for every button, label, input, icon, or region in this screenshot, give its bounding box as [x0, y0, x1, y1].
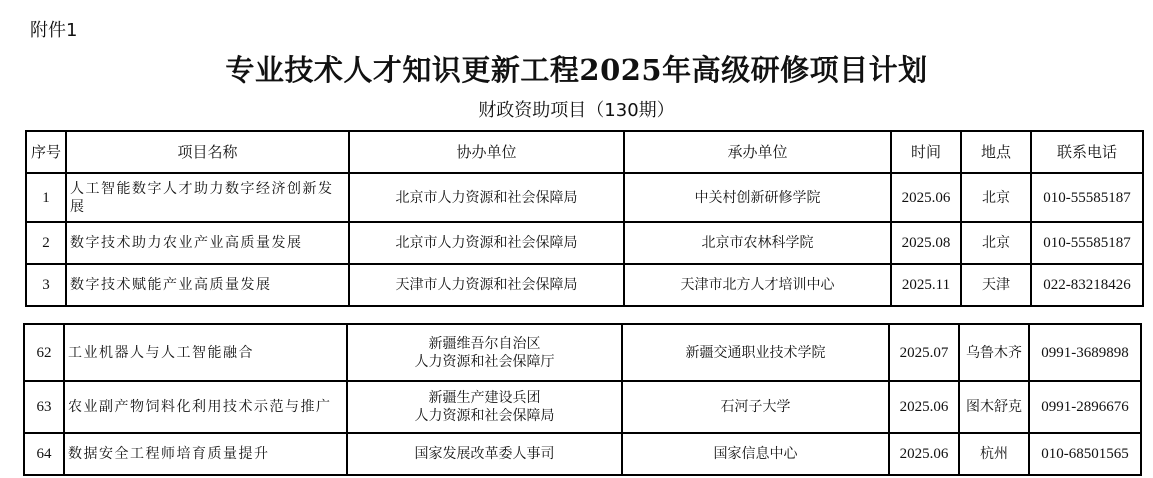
cell-host-org: 国家信息中心 — [622, 433, 889, 475]
cell-host-org: 石河子大学 — [622, 381, 889, 433]
table-row: 2 数字技术助力农业产业高质量发展 北京市人力资源和社会保障局 北京市农林科学院… — [26, 222, 1143, 264]
table-row: 1 人工智能数字人才助力数字经济创新发展 北京市人力资源和社会保障局 中关村创新… — [26, 173, 1143, 222]
header-name: 项目名称 — [66, 131, 349, 173]
cell-time: 2025.07 — [889, 324, 959, 381]
cell-time: 2025.08 — [891, 222, 961, 264]
cell-co-org: 北京市人力资源和社会保障局 — [349, 173, 624, 222]
cell-name: 工业机器人与人工智能融合 — [64, 324, 347, 381]
cell-time: 2025.06 — [891, 173, 961, 222]
co-org-line1: 新疆维吾尔自治区 — [351, 335, 618, 353]
cell-place: 杭州 — [959, 433, 1029, 475]
cell-no: 63 — [24, 381, 64, 433]
cell-phone: 010-55585187 — [1031, 173, 1143, 222]
cell-host-org: 中关村创新研修学院 — [624, 173, 891, 222]
table-row: 64 数据安全工程师培育质量提升 国家发展改革委人事司 国家信息中心 2025.… — [24, 433, 1141, 475]
table-row: 62 工业机器人与人工智能融合 新疆维吾尔自治区 人力资源和社会保障厅 新疆交通… — [24, 324, 1141, 381]
cell-phone: 0991-2896676 — [1029, 381, 1141, 433]
cell-host-org: 新疆交通职业技术学院 — [622, 324, 889, 381]
cell-no: 2 — [26, 222, 66, 264]
cell-name: 人工智能数字人才助力数字经济创新发展 — [66, 173, 349, 222]
cell-phone: 010-55585187 — [1031, 222, 1143, 264]
header-co-org: 协办单位 — [349, 131, 624, 173]
cell-co-org: 新疆生产建设兵团 人力资源和社会保障局 — [347, 381, 622, 433]
cell-name: 农业副产物饲料化利用技术示范与推广 — [64, 381, 347, 433]
cell-place: 图木舒克 — [959, 381, 1029, 433]
header-host-org: 承办单位 — [624, 131, 891, 173]
cell-no: 64 — [24, 433, 64, 475]
cell-phone: 0991-3689898 — [1029, 324, 1141, 381]
table-header-row: 序号 项目名称 协办单位 承办单位 时间 地点 联系电话 — [26, 131, 1143, 173]
co-org-line2: 人力资源和社会保障局 — [351, 407, 618, 425]
header-time: 时间 — [891, 131, 961, 173]
table-row: 63 农业副产物饲料化利用技术示范与推广 新疆生产建设兵团 人力资源和社会保障局… — [24, 381, 1141, 433]
cell-place: 北京 — [961, 222, 1031, 264]
cell-place: 北京 — [961, 173, 1031, 222]
cell-co-org: 新疆维吾尔自治区 人力资源和社会保障厅 — [347, 324, 622, 381]
cell-time: 2025.11 — [891, 264, 961, 306]
co-org-line1: 新疆生产建设兵团 — [351, 389, 618, 407]
header-no: 序号 — [26, 131, 66, 173]
cell-co-org: 国家发展改革委人事司 — [347, 433, 622, 475]
cell-time: 2025.06 — [889, 381, 959, 433]
cell-no: 3 — [26, 264, 66, 306]
cell-co-org: 北京市人力资源和社会保障局 — [349, 222, 624, 264]
cell-host-org: 天津市北方人才培训中心 — [624, 264, 891, 306]
document-subtitle: 财政资助项目（130期） — [0, 96, 1153, 122]
header-phone: 联系电话 — [1031, 131, 1143, 173]
attachment-label: 附件1 — [30, 16, 77, 42]
project-table-top: 序号 项目名称 协办单位 承办单位 时间 地点 联系电话 1 人工智能数字人才助… — [25, 130, 1144, 307]
project-table-bottom: 62 工业机器人与人工智能融合 新疆维吾尔自治区 人力资源和社会保障厅 新疆交通… — [23, 323, 1142, 476]
cell-place: 乌鲁木齐 — [959, 324, 1029, 381]
header-place: 地点 — [961, 131, 1031, 173]
co-org-line2: 人力资源和社会保障厅 — [351, 353, 618, 371]
cell-name: 数字技术赋能产业高质量发展 — [66, 264, 349, 306]
cell-place: 天津 — [961, 264, 1031, 306]
cell-name: 数字技术助力农业产业高质量发展 — [66, 222, 349, 264]
cell-no: 62 — [24, 324, 64, 381]
cell-time: 2025.06 — [889, 433, 959, 475]
cell-name: 数据安全工程师培育质量提升 — [64, 433, 347, 475]
cell-no: 1 — [26, 173, 66, 222]
document-title: 专业技术人才知识更新工程2025年高级研修项目计划 — [0, 48, 1153, 89]
cell-host-org: 北京市农林科学院 — [624, 222, 891, 264]
cell-phone: 010-68501565 — [1029, 433, 1141, 475]
cell-co-org: 天津市人力资源和社会保障局 — [349, 264, 624, 306]
cell-phone: 022-83218426 — [1031, 264, 1143, 306]
table-row: 3 数字技术赋能产业高质量发展 天津市人力资源和社会保障局 天津市北方人才培训中… — [26, 264, 1143, 306]
